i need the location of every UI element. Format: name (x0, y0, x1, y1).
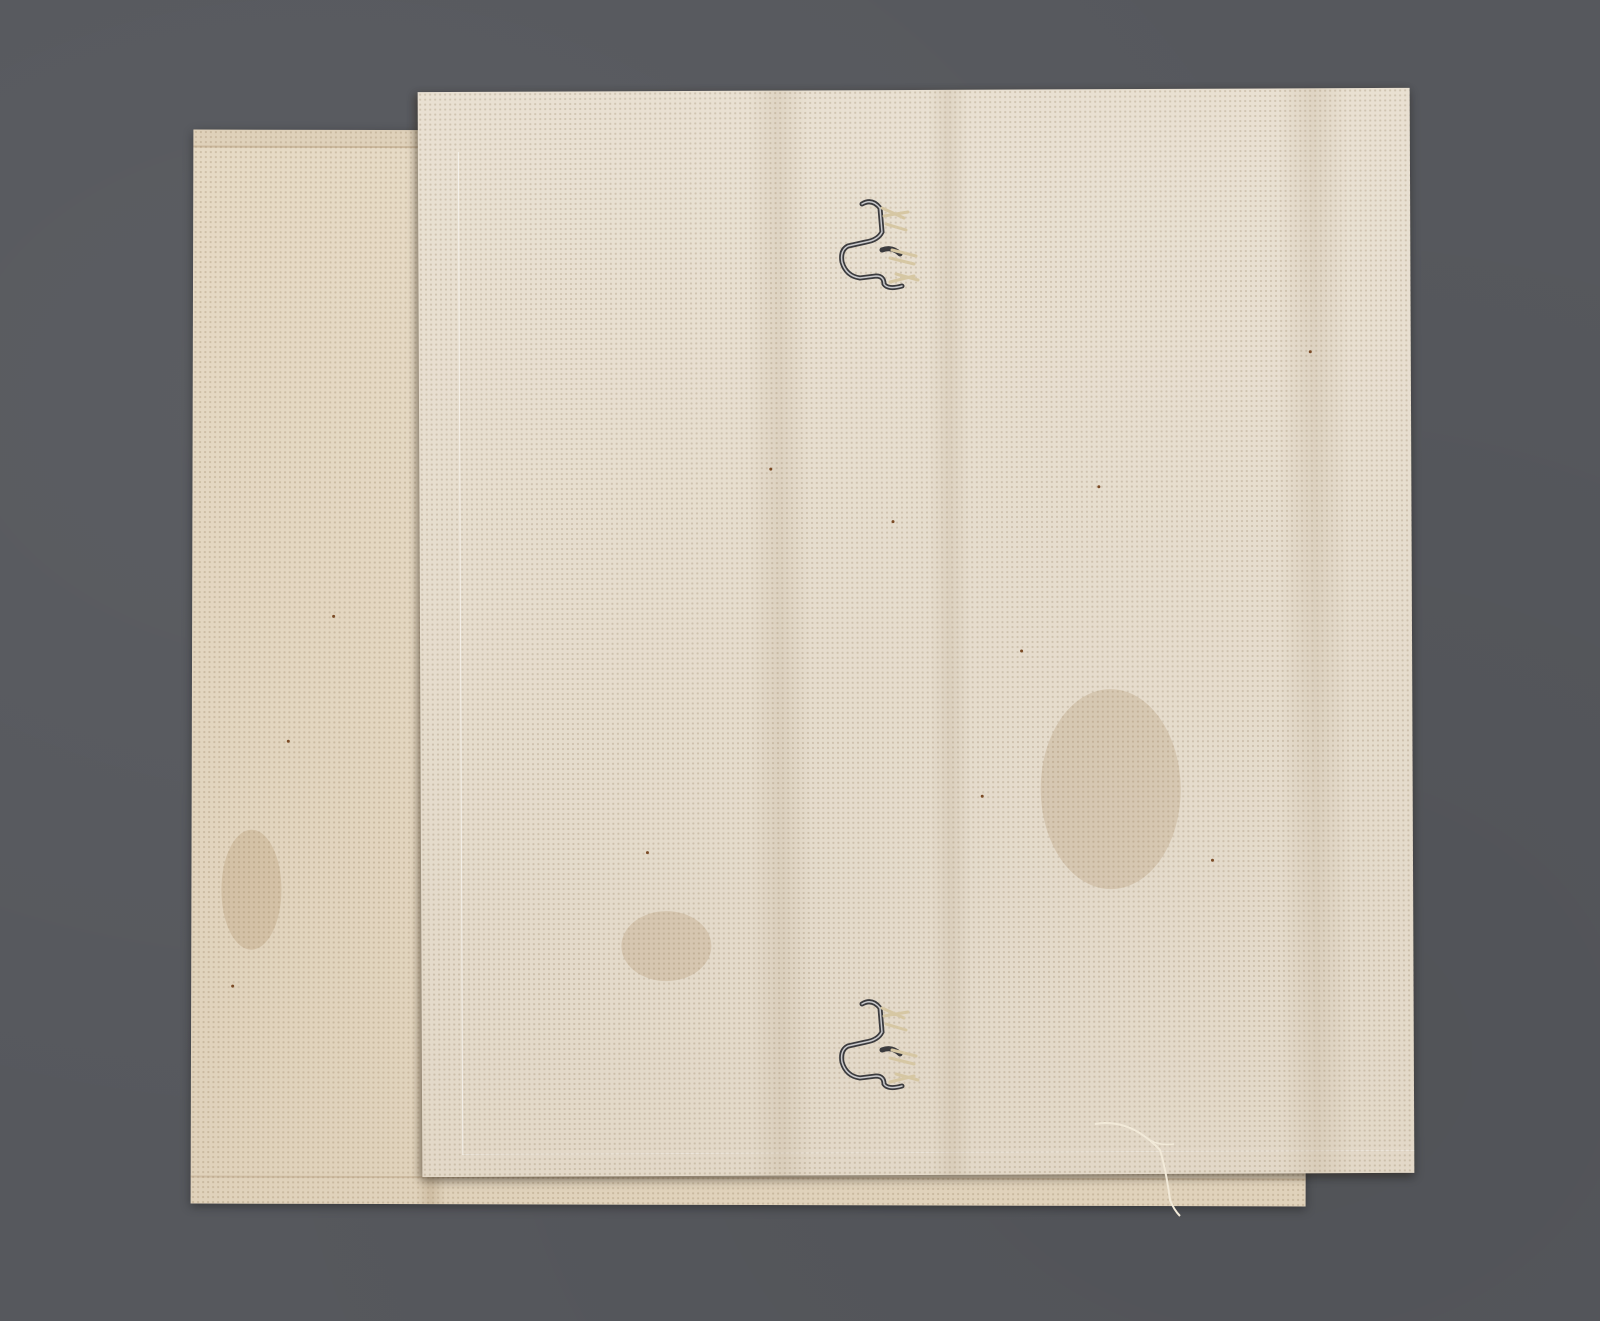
speck (1097, 485, 1100, 488)
stain (221, 830, 281, 950)
fold-shade (748, 90, 813, 1175)
speck (1020, 650, 1023, 653)
speck (981, 795, 984, 798)
speck (769, 468, 772, 471)
speck (646, 851, 649, 854)
fold-shade (1278, 88, 1353, 1173)
speck (1211, 859, 1214, 862)
speck (1309, 350, 1312, 353)
loose-thread (1090, 1110, 1210, 1220)
speck (287, 740, 290, 743)
speck (332, 615, 335, 618)
stitched-seam (458, 152, 463, 1155)
stain (621, 911, 711, 981)
speck (892, 520, 895, 523)
lower-hook-fastener (820, 990, 950, 1100)
stain (1040, 689, 1181, 890)
upper-hook-fastener (820, 190, 950, 300)
speck (231, 985, 234, 988)
